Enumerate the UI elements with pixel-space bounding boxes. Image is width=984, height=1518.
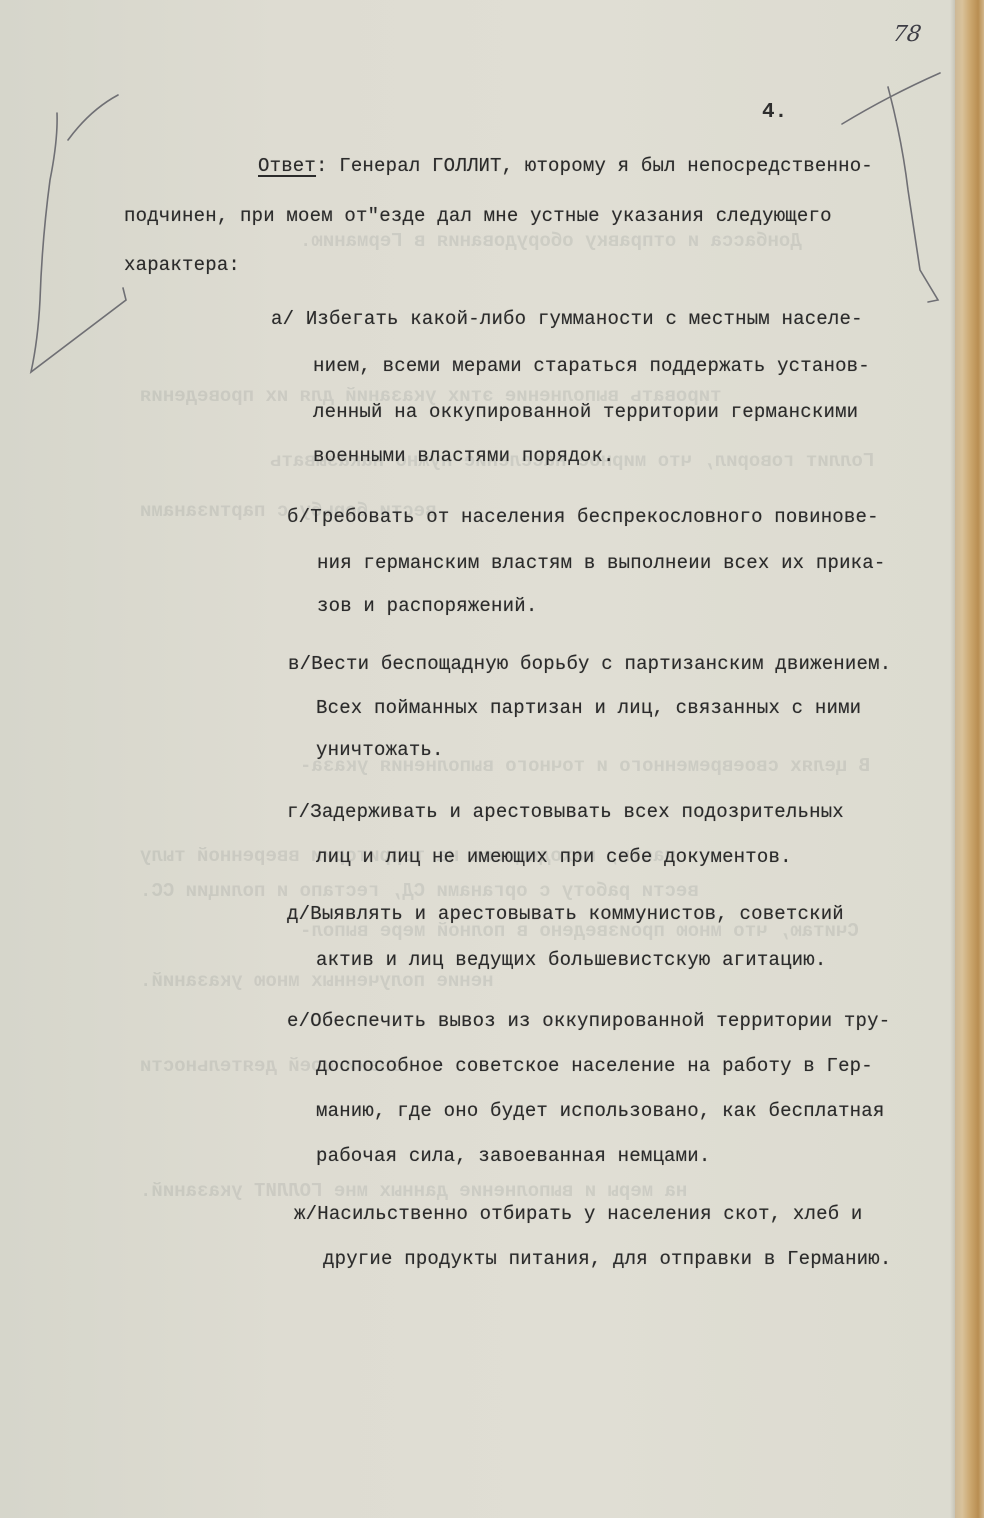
page-number: 4. [762,101,787,124]
item-d-line-2: актив и лиц ведущих большевистскую агита… [316,949,826,971]
item-b-line-3: зов и распоряжений. [317,595,537,617]
item-v-line-1: в/Вести беспощадную борьбу с партизански… [288,653,891,675]
item-a-line-3: ленный на оккупированной территории герм… [313,401,858,423]
intro-line-1: Ответ: Генерал ГОЛЛИТ, юторому я был неп… [258,155,873,177]
item-e-line-1: е/Обеспечить вывоз из оккупированной тер… [287,1010,890,1032]
item-marker: г/ [287,801,310,823]
item-marker: а/ [271,308,294,330]
item-v-line-3: уничтожать. [316,739,444,761]
item-g-line-2: лиц и лиц не имеющих при себе документов… [316,846,792,868]
document-page [0,0,958,1518]
binding-edge [955,0,984,1518]
item-v-line-2: Всех пойманных партизан и лиц, связанных… [316,697,861,719]
item-g-line-1: г/Задерживать и арестовывать всех подозр… [287,801,844,823]
folio-number: 78 [891,22,923,47]
item-marker: е/ [287,1010,310,1032]
item-e-line-2: доспособное советское население на работ… [316,1055,873,1077]
item-d-line-1: д/Выявлять и арестовывать коммунистов, с… [287,903,844,925]
item-zh-line-1: ж/Насильственно отбирать у населения ско… [294,1203,863,1225]
item-marker: в/ [288,653,311,675]
item-a-line-4: военными властями порядок. [313,445,615,467]
intro-line-1-text: : Генерал ГОЛЛИТ, юторому я был непосред… [316,155,873,177]
item-b-line-2: ния германским властям в выполнеии всех … [317,552,886,574]
item-zh-line-2: другие продукты питания, для отправки в … [323,1248,892,1270]
item-marker: ж/ [294,1203,317,1225]
item-marker: б/ [287,506,310,528]
item-b-line-1: б/Требовать от населения беспрекословног… [287,506,879,528]
item-e-line-3: манию, где оно будет использовано, как б… [316,1100,885,1122]
item-marker: д/ [287,903,310,925]
item-e-line-4: рабочая сила, завоеванная немцами. [316,1145,710,1167]
item-a-line-2: нием, всеми мерами стараться поддержать … [313,355,870,377]
intro-line-2: подчинен, при моем от"езде дал мне устны… [124,205,832,227]
intro-line-3: характера: [124,254,240,276]
item-a-line-1: а/ Избегать какой-либо гумманости с мест… [271,308,863,330]
answer-label: Ответ [258,155,316,177]
